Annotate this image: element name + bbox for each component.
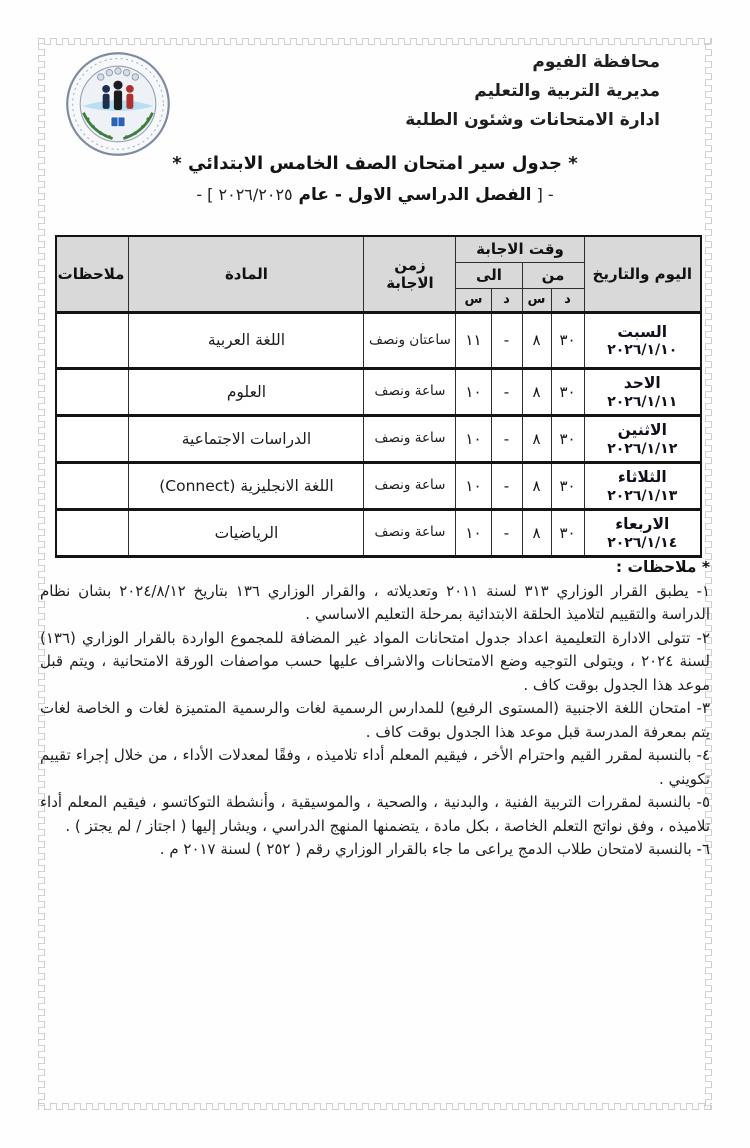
exam-schedule-table: اليوم والتاريخ وقت الاجابة زمن الاجابة ا… (55, 235, 702, 558)
from-hour-cell: ٨ (522, 509, 551, 556)
table-row-tuesday: الثلاثاء ٢٠٢٦/١/١٣ ٣٠ ٨ - ١٠ ساعة ونصف ا… (56, 462, 701, 509)
day-name: الاربعاء (589, 514, 697, 535)
col-header-duration: زمن الاجابة (364, 236, 456, 312)
day-date-cell: الاحد ٢٠٢٦/١/١١ (584, 368, 701, 415)
subtitle-term: الفصل الدراسي الاول (348, 185, 532, 205)
duration-cell: ساعتان ونصف (364, 312, 456, 368)
notes-section: * ملاحظات : ١- يطبق القرار الوزاري ٣١٣ ل… (40, 556, 710, 862)
day-name: الثلاثاء (589, 467, 697, 488)
page-title: * جدول سير امتحان الصف الخامس الابتدائي … (0, 153, 750, 174)
to-hour-cell: ١٠ (456, 462, 491, 509)
notes-cell (56, 312, 129, 368)
from-minute-cell: ٣٠ (551, 462, 584, 509)
subject-cell: العلوم (129, 368, 364, 415)
to-minute-cell: - (491, 415, 522, 462)
col-header-notes: ملاحظات (56, 236, 129, 312)
to-hour-cell: ١٠ (456, 415, 491, 462)
day-date: ٢٠٢٦/١/١٢ (589, 441, 697, 457)
page-subtitle: - [ الفصل الدراسي الاول - عام ٢٠٢٦/٢٠٢٥ … (0, 185, 750, 205)
col-header-from-minute: د (551, 288, 584, 312)
day-name: الاثنين (589, 420, 697, 441)
document-page: محافظة الفيوم مديرية التربية والتعليم اد… (0, 0, 750, 1148)
note-item-5: ٥- بالنسبة لمقررات التربية الفنية ، والب… (40, 791, 710, 838)
from-hour-cell: ٨ (522, 368, 551, 415)
border-bottom-decoration (38, 1103, 712, 1110)
from-minute-cell: ٣٠ (551, 415, 584, 462)
education-directorate-seal-logo (64, 50, 172, 158)
exam-schedule-table-wrap: اليوم والتاريخ وقت الاجابة زمن الاجابة ا… (55, 235, 702, 558)
subtitle-year: ٢٠٢٦/٢٠٢٥ (219, 185, 293, 204)
letterhead: محافظة الفيوم مديرية التربية والتعليم اد… (405, 48, 660, 135)
from-minute-cell: ٣٠ (551, 368, 584, 415)
notes-title: * ملاحظات : (40, 556, 710, 580)
day-date: ٢٠٢٦/١/١١ (589, 394, 697, 410)
to-minute-cell: - (491, 462, 522, 509)
from-hour-cell: ٨ (522, 415, 551, 462)
subtitle-year-label: عام (293, 185, 329, 205)
org-line-governorate: محافظة الفيوم (405, 48, 660, 77)
seal-icon (64, 50, 172, 158)
subtitle-sep: - (329, 185, 348, 205)
to-minute-cell: - (491, 368, 522, 415)
day-date: ٢٠٢٦/١/١٣ (589, 488, 697, 504)
table-row-wednesday: الاربعاء ٢٠٢٦/١/١٤ ٣٠ ٨ - ١٠ ساعة ونصف ا… (56, 509, 701, 556)
col-header-to: الى (456, 262, 522, 288)
border-top-decoration (38, 38, 712, 45)
col-header-from: من (522, 262, 584, 288)
from-minute-cell: ٣٠ (551, 509, 584, 556)
notes-cell (56, 509, 129, 556)
note-item-1: ١- يطبق القرار الوزاري ٣١٣ لسنة ٢٠١١ وتع… (40, 580, 710, 627)
table-row-monday: الاثنين ٢٠٢٦/١/١٢ ٣٠ ٨ - ١٠ ساعة ونصف ال… (56, 415, 701, 462)
day-date-cell: الاربعاء ٢٠٢٦/١/١٤ (584, 509, 701, 556)
day-name: الاحد (589, 373, 697, 394)
col-header-to-hour: س (456, 288, 491, 312)
day-date-cell: السبت ٢٠٢٦/١/١٠ (584, 312, 701, 368)
day-name: السبت (589, 322, 697, 343)
to-hour-cell: ١١ (456, 312, 491, 368)
subtitle-close: ] - (196, 185, 218, 204)
duration-cell: ساعة ونصف (364, 368, 456, 415)
col-header-day-date: اليوم والتاريخ (584, 236, 701, 312)
subject-cell: الرياضيات (129, 509, 364, 556)
notes-cell (56, 415, 129, 462)
notes-cell (56, 462, 129, 509)
org-line-directorate: مديرية التربية والتعليم (405, 77, 660, 106)
to-minute-cell: - (491, 312, 522, 368)
subject-cell: اللغة العربية (129, 312, 364, 368)
table-row-saturday: السبت ٢٠٢٦/١/١٠ ٣٠ ٨ - ١١ ساعتان ونصف ال… (56, 312, 701, 368)
note-item-3: ٣- امتحان اللغة الاجنبية (المستوى الرفيع… (40, 697, 710, 744)
subject-cell: الدراسات الاجتماعية (129, 415, 364, 462)
col-header-from-hour: س (522, 288, 551, 312)
subject-cell: اللغة الانجليزية (Connect) (129, 462, 364, 509)
col-header-subject: المادة (129, 236, 364, 312)
col-header-answer-time: وقت الاجابة (456, 236, 584, 262)
from-hour-cell: ٨ (522, 312, 551, 368)
from-minute-cell: ٣٠ (551, 312, 584, 368)
day-date-cell: الثلاثاء ٢٠٢٦/١/١٣ (584, 462, 701, 509)
day-date: ٢٠٢٦/١/١٤ (589, 535, 697, 551)
to-hour-cell: ١٠ (456, 509, 491, 556)
to-hour-cell: ١٠ (456, 368, 491, 415)
col-header-to-minute: د (491, 288, 522, 312)
note-item-6: ٦- بالنسبة لامتحان طلاب الدمج يراعى ما ج… (40, 838, 710, 862)
note-item-4: ٤- بالنسبة لمقرر القيم واحترام الأخر ، ف… (40, 744, 710, 791)
note-item-2: ٢- تتولى الادارة التعليمية اعداد جدول ام… (40, 627, 710, 698)
duration-cell: ساعة ونصف (364, 415, 456, 462)
duration-cell: ساعة ونصف (364, 462, 456, 509)
duration-cell: ساعة ونصف (364, 509, 456, 556)
day-date: ٢٠٢٦/١/١٠ (589, 342, 697, 358)
table-row-sunday: الاحد ٢٠٢٦/١/١١ ٣٠ ٨ - ١٠ ساعة ونصف العل… (56, 368, 701, 415)
to-minute-cell: - (491, 509, 522, 556)
org-line-exams-admin: ادارة الامتحانات وشئون الطلبة (405, 106, 660, 135)
table-header-row-1: اليوم والتاريخ وقت الاجابة زمن الاجابة ا… (56, 236, 701, 262)
subtitle-open: - [ (532, 185, 554, 204)
notes-cell (56, 368, 129, 415)
day-date-cell: الاثنين ٢٠٢٦/١/١٢ (584, 415, 701, 462)
from-hour-cell: ٨ (522, 462, 551, 509)
